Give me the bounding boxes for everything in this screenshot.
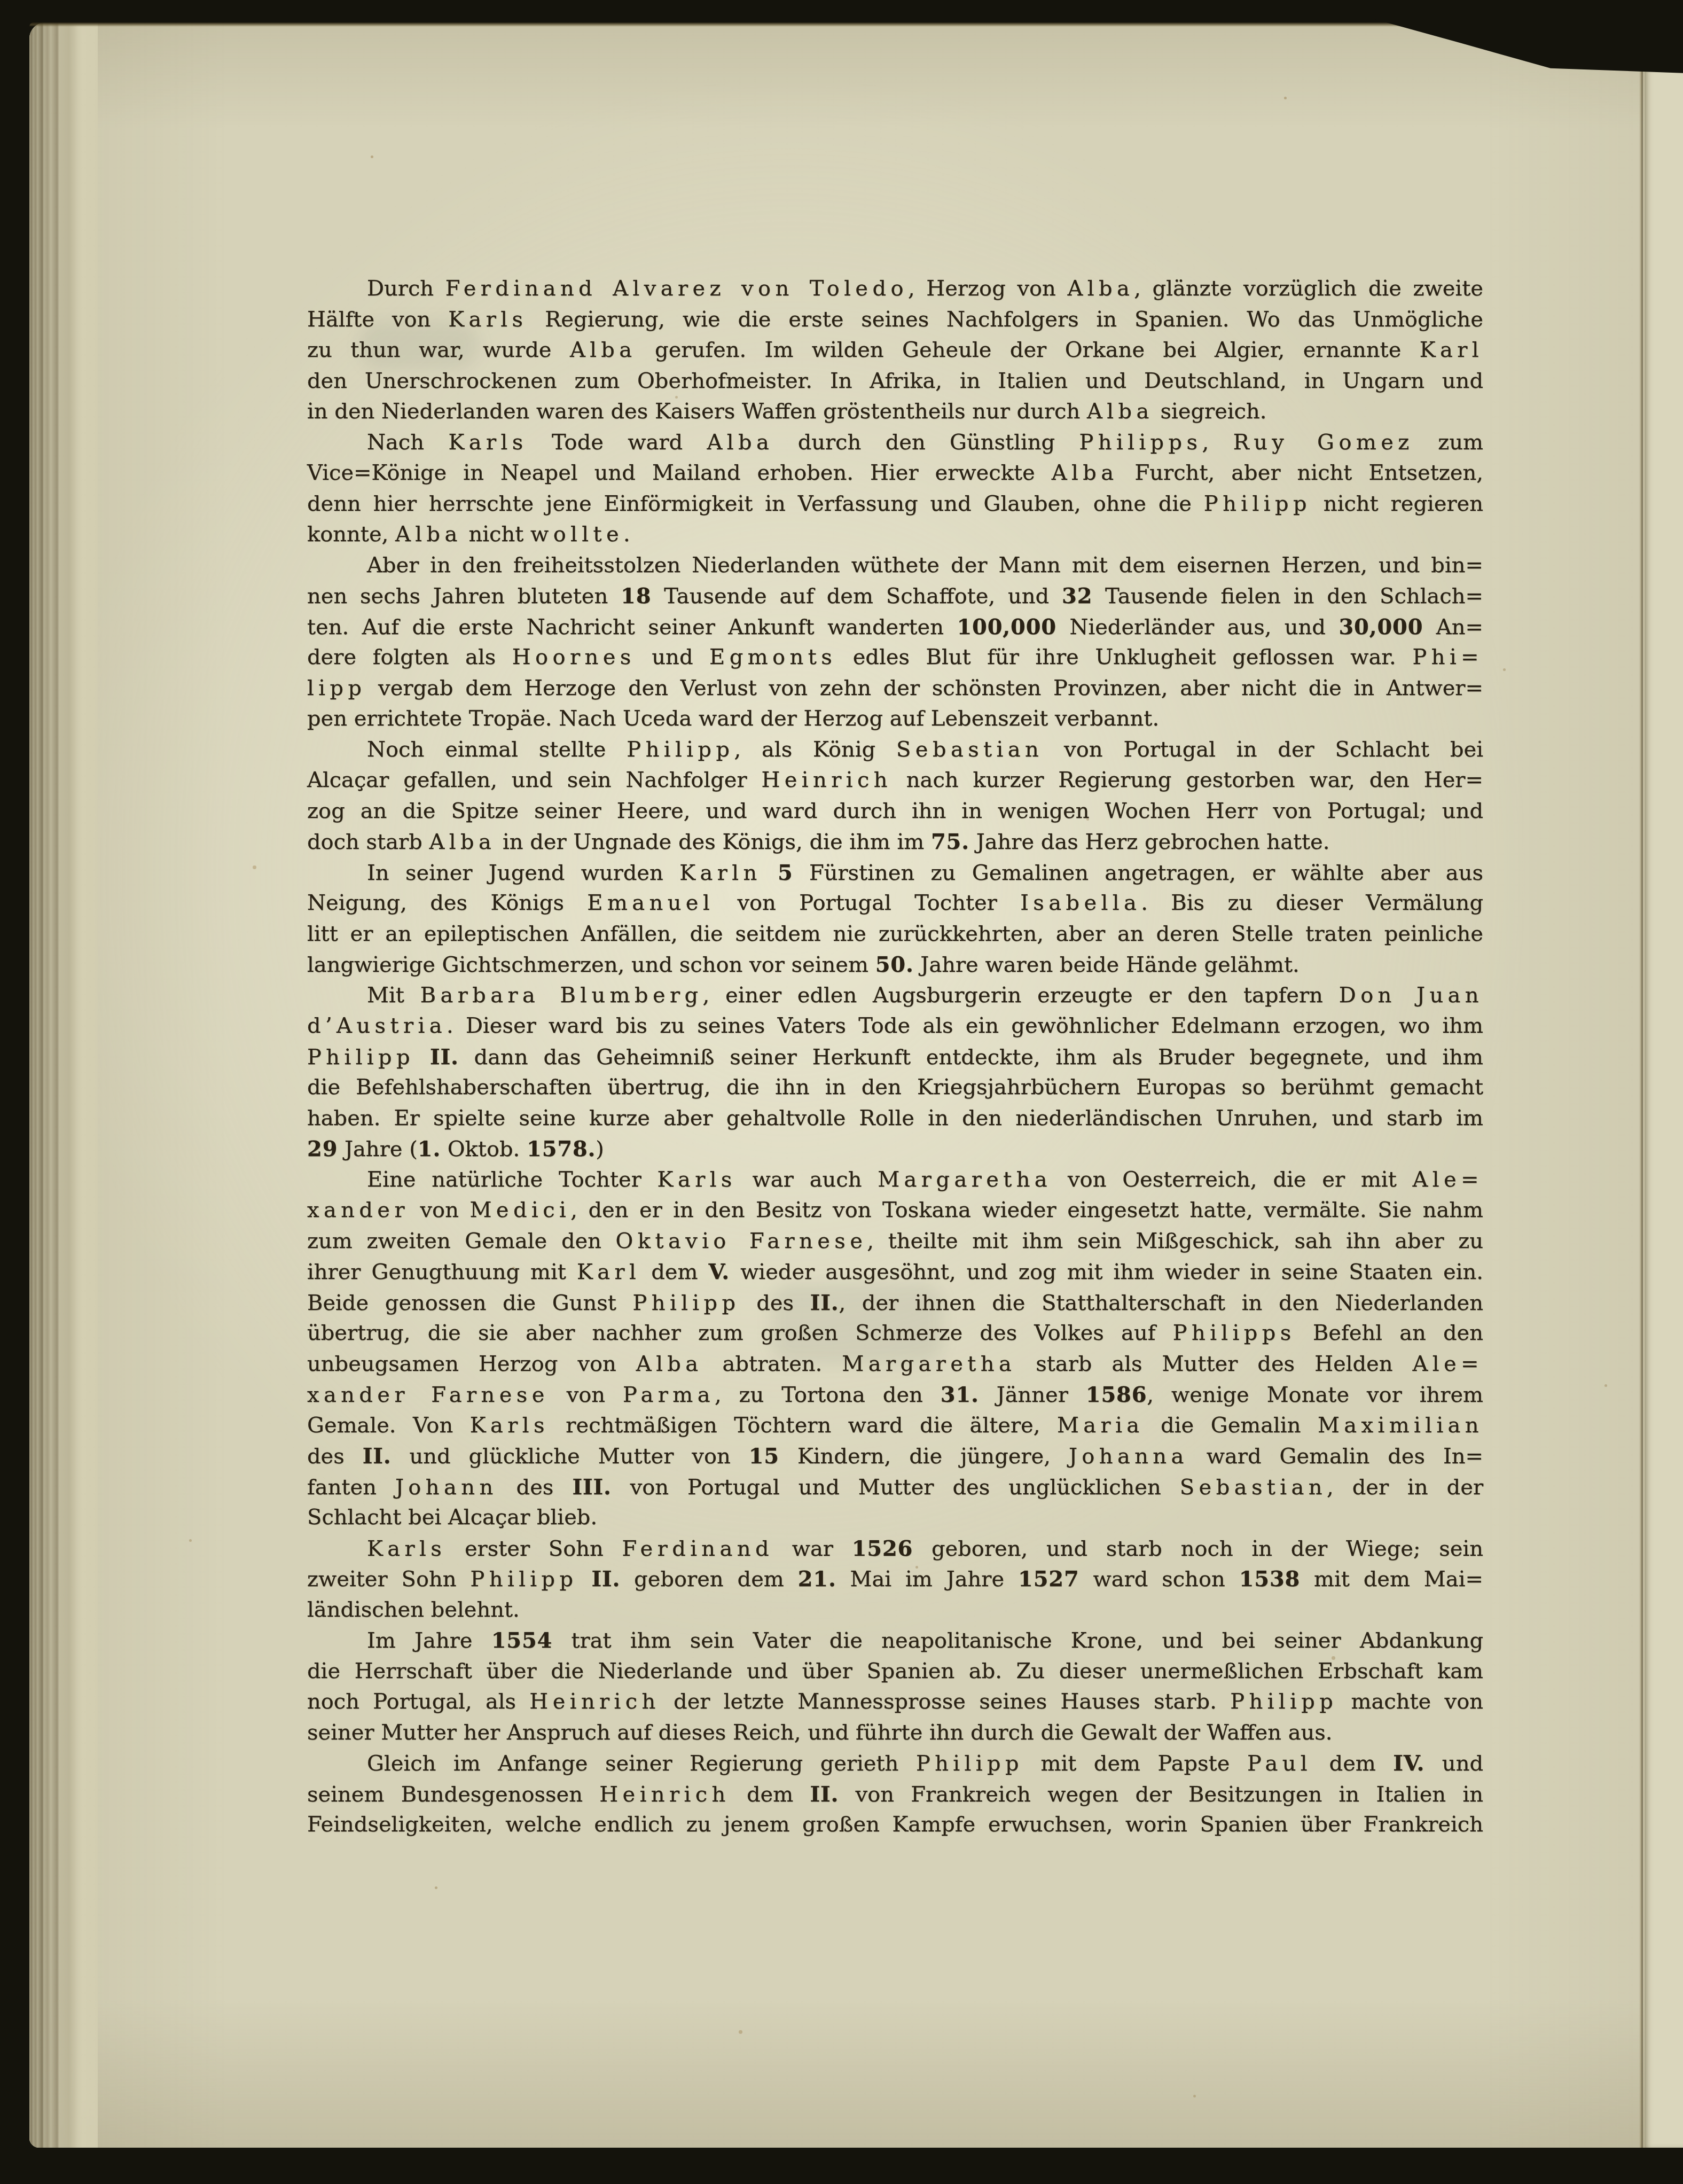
antiqua-number: 1526 [852,1536,913,1561]
antiqua-number: 75. [931,829,969,854]
spaced-name: Ruy Gomez [1233,430,1414,455]
text-run: , zu Tortona den [715,1383,941,1407]
text-run: dann das Geheimniß seiner Herkunft entde… [459,1045,1483,1070]
text-run: denn hier herrschte jene Einförmigkeit i… [307,492,1204,516]
text-run [578,1567,592,1592]
spaced-name: Don Juan [1339,983,1483,1008]
text-run: Befehl an den [1296,1321,1483,1345]
text-line: zweiter Sohn Philipp II. geboren dem 21.… [307,1564,1483,1595]
text-run: dere folgten als [307,645,512,669]
spaced-name: Heinrich [599,1782,730,1807]
text-run: zum zweiten Gemale den [307,1229,616,1253]
spaced-name: Oktavio Farnese [616,1229,867,1253]
spaced-name: Karl [1420,338,1483,362]
spaced-name: Heinrich [761,768,891,792]
text-run: abtraten. [703,1352,842,1376]
text-line: ländischen belehnt. [307,1595,1483,1626]
text-line: nen sechs Jahren bluteten 18 Tausende au… [307,581,1483,612]
antiqua-number: 5 [778,860,793,885]
spaced-name: Alba [1087,399,1154,424]
antiqua-number: 1. [418,1136,441,1161]
spaced-name: Ferdinand [622,1536,773,1561]
text-line: Alcaçar gefallen, und sein Nachfolger He… [307,765,1483,796]
text-run [762,861,778,885]
text-run: An= [1423,615,1483,639]
text-run: Jänner [979,1383,1086,1407]
text-run: die Befehlshaberschaften übertrug, die i… [307,1075,1483,1099]
text-run: , [1202,430,1233,455]
text-line: Gleich im Anfange seiner Regierung gerie… [307,1748,1483,1779]
text-line: zum zweiten Gemale den Oktavio Farnese, … [307,1226,1483,1257]
text-run: und glückliche Mutter von [392,1444,749,1469]
antiqua-number: II. [591,1566,620,1592]
spaced-name: Ferdinand Alvarez von Toledo [445,276,908,301]
text-line: des II. und glückliche Mutter von 15 Kin… [307,1441,1483,1472]
spaced-name: Maximilian [1318,1413,1483,1438]
spaced-name: Heinrich [529,1689,660,1714]
text-run: nicht regieren [1311,492,1483,516]
text-run: von [549,1383,623,1407]
paragraph: Aber in den freiheitsstolzen Niederlande… [307,550,1483,735]
antiqua-number: IV. [1393,1751,1424,1776]
text-run: Feindseligkeiten, welche endlich zu jene… [307,1812,1483,1837]
book-page: Durch Ferdinand Alvarez von Toledo, Herz… [29,22,1683,2148]
spaced-name: Isabella [1020,891,1141,915]
text-run: pen errichtete Tropäe. Nach Uceda ward d… [307,706,1159,731]
spaced-name: Phi= [1412,645,1483,669]
text-run: Schlacht bei Alcaçar blieb. [307,1505,597,1530]
text-run: mit dem Papste [1023,1751,1247,1776]
text-line: xander von Medici, den er in den Besitz … [307,1195,1483,1226]
text-run: Jahre ( [338,1137,417,1161]
text-run: ten. Auf die erste Nachricht seiner Anku… [307,615,957,639]
spaced-name: Karln [679,861,761,885]
text-run: konnte, [307,522,395,547]
text-run: zum [1414,430,1483,455]
text-run: seinem Bundesgenossen [307,1782,599,1807]
text-run: nen sechs Jahren bluteten [307,584,621,609]
antiqua-number: 1538 [1239,1566,1301,1592]
text-run: von Portugal in der Schlacht bei [1043,737,1483,762]
antiqua-number: II. [430,1044,459,1070]
text-line: haben. Er spielte seine kurze aber gehal… [307,1103,1483,1134]
text-run: ward Gemalin des In= [1188,1444,1483,1469]
spaced-name: Karls [470,1413,549,1438]
text-line: dere folgten als Hoornes und Egmonts edl… [307,642,1483,673]
text-run [414,1045,430,1070]
text-run: seiner Mutter her Anspruch auf dieses Re… [307,1720,1333,1745]
antiqua-number: 100,000 [957,614,1056,639]
antiqua-number: II. [810,1782,839,1807]
text-line: doch starb Alba in der Ungnade des König… [307,826,1483,857]
page-top-edge [29,22,1683,27]
text-run: ihrer Genugthuung mit [307,1260,577,1284]
text-run: , als König [734,737,896,762]
text-line: Vice=Könige in Neapel und Mailand erhobe… [307,458,1483,489]
text-line: 29 Jahre (1. Oktob. 1578.) [307,1134,1483,1165]
text-run: Jahre das Herz gebrochen hatte. [969,830,1330,854]
paragraph: Mit Barbara Blumberg, einer edlen Augsbu… [307,980,1483,1165]
text-run: und [1424,1751,1483,1776]
text-run: litt er an epileptischen Anfällen, die s… [307,922,1483,946]
text-line: Eine natürliche Tochter Karls war auch M… [307,1165,1483,1196]
spaced-name: Johanna [1069,1444,1188,1469]
spaced-name: Hoornes [512,645,636,669]
text-run: ward schon [1079,1567,1239,1592]
text-run: Jahre waren beide Hände gelähmt. [914,953,1300,977]
spaced-name: Philipp [1230,1689,1337,1714]
text-run: dem [1312,1751,1393,1776]
text-run: Hälfte von [307,307,448,332]
text-line: Karls erster Sohn Ferdinand war 1526 geb… [307,1533,1483,1564]
spaced-name: Margaretha [878,1167,1052,1192]
spaced-name: Sebastian [1180,1475,1327,1500]
text-run: Oktob. [441,1137,527,1161]
text-run: Gleich im Anfange seiner Regierung gerie… [367,1751,916,1776]
text-run: und [636,645,709,669]
text-run: Regierung, wie die erste seines Nachfolg… [527,307,1483,332]
paragraph: Durch Ferdinand Alvarez von Toledo, Herz… [307,274,1483,427]
page-edge-stack [29,22,98,2148]
spaced-name: Philipp [1204,492,1311,516]
text-run: , glänzte vorzüglich die zweite [1134,276,1483,301]
spaced-name: Karls [367,1536,446,1561]
spaced-name: lipp [307,676,366,700]
text-run: Tausende fielen in den Schlach= [1092,584,1483,609]
text-run: , einer edlen Augsburgerin erzeugte er d… [702,983,1338,1008]
text-run: von Portugal Tochter [714,891,1020,915]
spaced-name: Alba [570,338,637,362]
spaced-name: Alba [395,522,462,547]
antiqua-number: 1527 [1018,1566,1079,1592]
text-run: in den Niederlanden waren des Kaisers Wa… [307,399,1087,424]
text-run: der letzte Mannessprosse seines Hauses s… [660,1689,1230,1714]
text-run: Mit [367,983,420,1008]
spaced-name: Barbara Blumberg [420,983,703,1008]
text-line: In seiner Jugend wurden Karln 5 Fürstine… [307,857,1483,888]
text-run: unbeugsamen Herzog von [307,1352,636,1376]
antiqua-number: 32 [1062,583,1092,609]
text-block: Durch Ferdinand Alvarez von Toledo, Herz… [307,274,1483,1840]
text-run: . [623,522,630,547]
text-run: , wenige Monate vor ihrem [1147,1383,1483,1407]
antiqua-number: II. [363,1444,392,1469]
spaced-name: Paul [1247,1751,1312,1776]
text-run: dem [640,1260,708,1284]
paper-specks [29,22,31,24]
text-line: die Herrschaft über die Niederlande und … [307,1656,1483,1687]
paragraph: Eine natürliche Tochter Karls war auch M… [307,1165,1483,1533]
spaced-name: Philipp [470,1567,577,1592]
text-line: Hälfte von Karls Regierung, wie die erst… [307,305,1483,336]
spaced-name: Johann [395,1475,498,1500]
text-run: siegreich. [1154,399,1267,424]
spaced-name: Karl [577,1260,640,1284]
text-run: Nach [367,430,448,455]
spaced-name: Ale= [1413,1167,1483,1192]
text-run: Tode ward [528,430,707,455]
text-run: . Dieser ward bis zu seines Vaters Tode … [447,1013,1483,1038]
spaced-name: Parma [623,1383,715,1407]
text-run: Kindern, die jüngere, [779,1444,1069,1469]
text-line: zog an die Spitze seiner Heere, und ward… [307,796,1483,827]
text-run: Aber in den freiheitsstolzen Niederlande… [367,553,1483,578]
facing-page-edge [1645,22,1683,2148]
text-run: dem [730,1782,810,1807]
text-line: Feindseligkeiten, welche endlich zu jene… [307,1809,1483,1840]
text-run: zog an die Spitze seiner Heere, und ward… [307,799,1483,823]
text-line: noch Portugal, als Heinrich der letzte M… [307,1687,1483,1718]
text-run: erster Sohn [446,1536,622,1561]
text-run: von Portugal und Mutter des unglückliche… [612,1475,1180,1500]
spaced-name: Karls [448,307,527,332]
text-run: , Herzog von [908,276,1068,301]
text-run: edles Blut für ihre Unklugheit geflossen… [836,645,1412,669]
text-run: machte von [1337,1689,1483,1714]
text-line: denn hier herrschte jene Einförmigkeit i… [307,489,1483,520]
text-run: Noch einmal stellte [367,737,627,762]
text-run: vergab dem Herzoge den Verlust von zehn … [366,676,1483,700]
antiqua-number: 50. [875,952,914,977]
spaced-name: Philipp [307,1045,414,1070]
spaced-name: Egmonts [709,645,836,669]
text-line: lipp vergab dem Herzoge den Verlust von … [307,673,1483,704]
text-run: rechtmäßigen Töchtern ward die ältere, [549,1413,1057,1438]
text-run: starb als Mutter des Helden [1016,1352,1412,1376]
text-run: Gemale. Von [307,1413,470,1438]
text-run: durch den Günstling [773,430,1079,455]
spaced-name: Ale= [1413,1352,1483,1376]
text-run: nach kurzer Regierung gestorben war, den… [892,768,1483,792]
text-line: fanten Johann des III. von Portugal und … [307,1472,1483,1503]
spaced-name: Margaretha [842,1352,1016,1376]
text-run: die Herrschaft über die Niederlande und … [307,1659,1483,1683]
antiqua-number: 1578. [527,1136,596,1161]
antiqua-number: V. [709,1259,730,1284]
spaced-name: Alba [429,830,496,854]
text-line: xander Farnese von Parma, zu Tortona den… [307,1379,1483,1410]
paragraph: Karls erster Sohn Ferdinand war 1526 geb… [307,1533,1483,1626]
antiqua-number: 15 [749,1444,779,1469]
spaced-name: Emanuel [587,891,714,915]
antiqua-number: 31. [941,1382,979,1407]
text-line: Aber in den freiheitsstolzen Niederlande… [307,550,1483,581]
text-run: fanten [307,1475,395,1500]
text-line: langwierige Gichtschmerzen, und schon vo… [307,949,1483,980]
text-run: ) [596,1137,604,1161]
paragraph: Im Jahre 1554 trat ihm sein Vater die ne… [307,1625,1483,1748]
antiqua-number: 1554 [491,1628,553,1653]
spaced-name: Medici [470,1198,571,1222]
text-line: Neigung, des Königs Emanuel von Portugal… [307,888,1483,919]
spaced-name: Karls [448,430,527,455]
text-run: Niederländer aus, und [1056,615,1339,639]
spaced-name: Alba [707,430,774,455]
text-run: zu thun war, wurde [307,338,570,362]
spaced-name: d’Austria [307,1013,447,1038]
gutter-crease [1639,22,1645,2148]
spaced-name: Alba [636,1352,703,1376]
text-run: In seiner Jugend wurden [367,861,679,885]
text-run: doch starb [307,830,429,854]
spaced-name: Alba [1068,276,1134,301]
text-line: ihrer Genugthuung mit Karl dem V. wieder… [307,1257,1483,1288]
text-line: Philipp II. dann das Geheimniß seiner He… [307,1042,1483,1073]
text-run: , der in der [1327,1475,1483,1500]
text-line: Noch einmal stellte Philipp, als König S… [307,735,1483,766]
spaced-name: Philipps [1173,1321,1296,1345]
paragraph: Gleich im Anfange seiner Regierung gerie… [307,1748,1483,1840]
text-line: litt er an epileptischen Anfällen, die s… [307,919,1483,950]
text-run: Im Jahre [367,1628,491,1653]
spaced-name: Alba [1052,461,1118,485]
text-line: pen errichtete Tropäe. Nach Uceda ward d… [307,704,1483,735]
antiqua-number: II. [810,1290,839,1315]
text-line: Im Jahre 1554 trat ihm sein Vater die ne… [307,1625,1483,1656]
text-run: noch Portugal, als [307,1689,529,1714]
text-run: Eine natürliche Tochter [367,1167,657,1192]
text-run: langwierige Gichtschmerzen, und schon vo… [307,953,875,977]
text-line: seinem Bundesgenossen Heinrich dem II. v… [307,1779,1483,1810]
text-run: Furcht, aber nicht Entsetzen, [1118,461,1483,485]
spaced-name: Philipp [633,1291,740,1315]
text-run: , den er in den Besitz von Toskana wiede… [570,1198,1483,1222]
text-run: den Unerschrockenen zum Oberhofmeister. … [307,369,1483,393]
text-run: mit dem Mai= [1300,1567,1483,1592]
spaced-name: Philipps [1079,430,1202,455]
antiqua-number: 29 [307,1136,338,1161]
text-run: in der Ungnade des Königs, die ihm im [496,830,931,854]
text-run: nicht [462,522,530,547]
text-run: von Oesterreich, die er mit [1052,1167,1412,1192]
spaced-name: Philipp [916,1751,1023,1776]
text-run: Neigung, des Königs [307,891,587,915]
text-run: , der ihnen die Statthalterschaft in den… [839,1291,1483,1315]
text-run: , theilte mit ihm sein Mißgeschick, sah … [867,1229,1483,1253]
text-run: war [773,1536,852,1561]
text-line: Beide genossen die Gunst Philipp des II.… [307,1288,1483,1319]
text-line: den Unerschrockenen zum Oberhofmeister. … [307,366,1483,397]
text-run: von Frankreich wegen der Besitzungen in … [839,1782,1483,1807]
text-line: d’Austria. Dieser ward bis zu seines Vat… [307,1011,1483,1042]
text-line: Durch Ferdinand Alvarez von Toledo, Herz… [307,274,1483,305]
text-run: die Gemalin [1144,1413,1318,1438]
text-line: Schlacht bei Alcaçar blieb. [307,1502,1483,1533]
text-line: konnte, Alba nicht wollte. [307,519,1483,550]
paragraph: In seiner Jugend wurden Karln 5 Fürstine… [307,857,1483,980]
spaced-name: Philipp [627,737,734,762]
text-run: Durch [367,276,445,301]
text-line: seiner Mutter her Anspruch auf dieses Re… [307,1718,1483,1749]
text-line: zu thun war, wurde Alba gerufen. Im wild… [307,335,1483,366]
text-run: Mai im Jahre [836,1567,1018,1592]
paragraph: Nach Karls Tode ward Alba durch den Güns… [307,427,1483,550]
text-line: ten. Auf die erste Nachricht seiner Anku… [307,612,1483,643]
spaced-name: xander [307,1198,409,1222]
text-run: haben. Er spielte seine kurze aber gehal… [307,1106,1483,1130]
antiqua-number: 18 [621,583,651,609]
text-line: Mit Barbara Blumberg, einer edlen Augsbu… [307,980,1483,1011]
text-run: Fürstinen zu Gemalinen angetragen, er wä… [793,861,1483,885]
text-run: geboren dem [620,1567,797,1592]
antiqua-number: 1586 [1086,1382,1147,1407]
text-run: von [409,1198,470,1222]
text-line: unbeugsamen Herzog von Alba abtraten. Ma… [307,1349,1483,1380]
text-run: trat ihm sein Vater die neapolitanische … [552,1628,1483,1653]
text-run: war auch [737,1167,878,1192]
text-run: Beide genossen die Gunst [307,1291,633,1315]
antiqua-number: III. [572,1475,611,1500]
text-run: Tausende auf dem Schaffote, und [651,584,1062,609]
text-line: Gemale. Von Karls rechtmäßigen Töchtern … [307,1410,1483,1441]
spaced-name: Sebastian [896,737,1043,762]
spaced-name: Maria [1057,1413,1144,1438]
antiqua-number: 21. [798,1566,836,1592]
text-run: des [498,1475,573,1500]
photo-backdrop: { "page": { "description": "Scanned book… [0,0,1683,2184]
spaced-name: wollte [530,522,623,547]
text-run: Alcaçar gefallen, und sein Nachfolger [307,768,761,792]
text-run: Vice=Könige in Neapel und Mailand erhobe… [307,461,1052,485]
text-run: des [740,1291,810,1315]
text-run: gerufen. Im wilden Geheule der Orkane be… [637,338,1420,362]
antiqua-number: 30,000 [1338,614,1423,639]
text-run: des [307,1444,363,1469]
text-run: übertrug, die sie aber nachher zum große… [307,1321,1173,1345]
text-run: . Bis zu dieser Vermälung [1141,891,1483,915]
text-run: wieder ausgesöhnt, und zog mit ihm wiede… [730,1260,1483,1284]
text-run: geboren, und starb noch in der Wiege; se… [913,1536,1483,1561]
text-line: die Befehlshaberschaften übertrug, die i… [307,1072,1483,1103]
spaced-name: Karls [657,1167,737,1192]
text-line: übertrug, die sie aber nachher zum große… [307,1318,1483,1349]
text-run: ländischen belehnt. [307,1597,520,1622]
text-line: in den Niederlanden waren des Kaisers Wa… [307,396,1483,427]
text-run: zweiter Sohn [307,1567,470,1592]
paragraph: Noch einmal stellte Philipp, als König S… [307,735,1483,857]
text-line: Nach Karls Tode ward Alba durch den Güns… [307,427,1483,458]
spaced-name: xander Farnese [307,1383,549,1407]
